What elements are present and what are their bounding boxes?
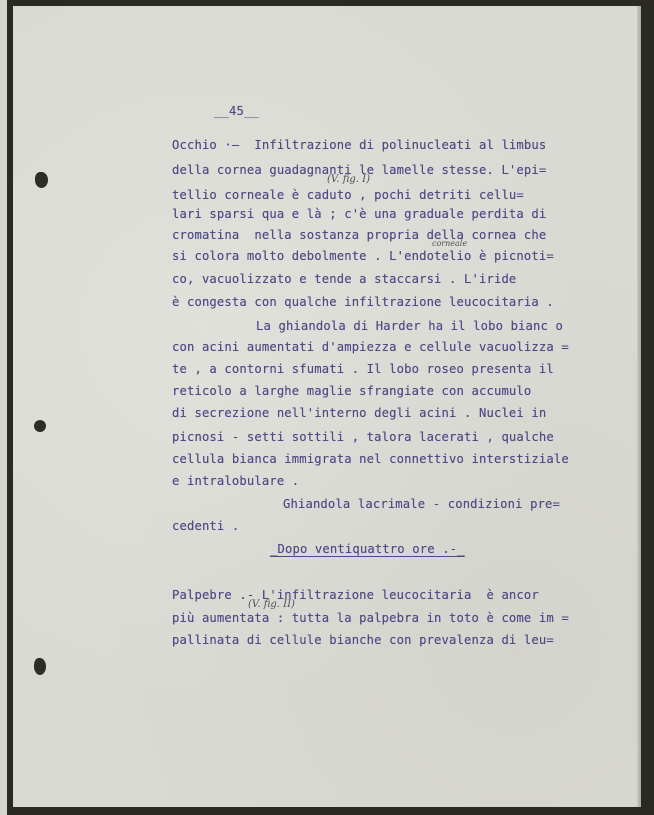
text-line-18: cedenti . [172,520,239,532]
text-line-8: è congesta con qualche infiltrazione leu… [172,296,554,308]
page-edge-shadow [637,6,641,807]
text-line-21: pallinata di cellule bianche con prevale… [172,634,554,646]
text-line-13: di secrezione nell'interno degli acini .… [172,407,546,419]
text-line-10: con acini aumentati d'ampiezza e cellule… [172,341,569,353]
text-line-9: La ghiandola di Harder ha il lobo bianc … [256,320,563,332]
handwritten-corneale: corneale [432,240,467,248]
text-line-11: te , a contorni sfumati . Il lobo roseo … [172,363,554,375]
text-line-15: cellula bianca immigrata nel connettivo … [172,453,569,465]
text-line-1: Occhio ·‒ Infiltrazione di polinucleati … [172,139,546,151]
punch-hole-top [35,172,48,188]
adjacent-page-edge [0,0,7,815]
text-line-19: Palpebre .- L'infiltrazione leucocitaria… [172,589,539,601]
text-line-4: lari sparsi qua e là ; c'è una graduale … [172,208,546,220]
text-line-5: cromatina nella sostanza propria della c… [172,229,546,241]
punch-hole-bottom [34,658,46,675]
text-line-6: si colora molto debolmente . L'endotelio… [172,250,554,262]
text-line-7: co, vacuolizzato e tende a staccarsi . L… [172,273,516,285]
text-line-12: reticolo a larghe maglie sfrangiate con … [172,385,531,397]
section-heading: _Dopo ventiquattro ore .-_ [270,543,465,555]
punch-hole-middle [34,420,46,432]
text-line-14: picnosi - setti sottili , talora lacerat… [172,431,554,443]
text-line-16: e intralobulare . [172,475,299,487]
page-number: __45__ [214,105,259,117]
text-line-17: Ghiandola lacrimale - condizioni pre= [283,498,560,510]
text-line-20: più aumentata : tutta la palpebra in tot… [172,612,569,624]
handwritten-fig-reference-2: (V. fig. II) [248,600,295,610]
text-line-3: tellio corneale è caduto , pochi detriti… [172,189,524,201]
handwritten-fig-reference-1: (V. fig. I) [327,175,370,185]
